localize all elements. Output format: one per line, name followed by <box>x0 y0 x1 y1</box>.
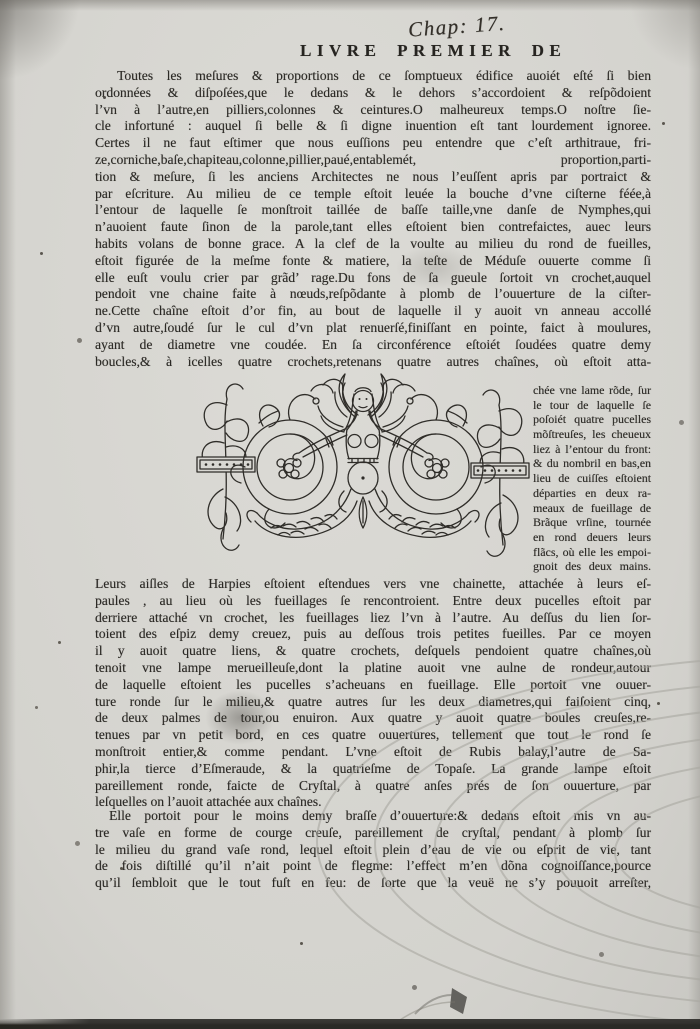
text-line: le tour de laquelle ſe <box>533 398 651 413</box>
text-line: chée vne lame rõde, ſur <box>533 383 651 398</box>
text-line: phir,la tierce d’Eſmeraude, & la quatrie… <box>95 761 651 778</box>
text-line: le milieu du grand vaſe rond, lequel eſt… <box>95 842 651 859</box>
text-line: eſtoit figurée de la meſme fonte & matie… <box>95 253 651 270</box>
text-line: lieu de cuiſſes eſtoient <box>533 471 651 486</box>
scan-smudge <box>205 690 275 745</box>
text-line: Elle portoit pour le moins demy braſſe d… <box>95 808 651 825</box>
text-line: Toutes les meſures & proportions de ce ſ… <box>95 68 651 85</box>
text-line: de laquelle eſtoient les pucelles s’ache… <box>95 677 651 694</box>
text-line: de deux palmes de tour,ou enuiron. Aux q… <box>95 710 651 727</box>
text-line: pareillement ronde, faicte de Cryſtal, à… <box>95 778 651 795</box>
text-line: départies en deux ra- <box>533 486 651 501</box>
text-line: flãcs, où elle les empoi- <box>533 545 651 560</box>
text-line: & du nombril en bas,en <box>533 456 651 471</box>
text-line: l’entour de laquelle ſe monſtroit taillé… <box>95 202 651 219</box>
vine-scroll <box>231 379 343 528</box>
text-line: il y auoit quatre liens, & quatre croche… <box>95 643 651 660</box>
book-page-scan: Chap: 17. LIVRE PREMIER DE Toutes les me… <box>0 0 700 1029</box>
text-line: qu’il ſembloit que le tout fuſt en feu: … <box>95 875 651 892</box>
bottom-edge-shadow <box>0 1019 700 1029</box>
text-line: en rond deuers leurs <box>533 530 651 545</box>
text-line: d’vn autre,ſoudé ſur le cul d’vn plat re… <box>95 320 651 337</box>
fox-spots <box>103 96 106 99</box>
text-line: tenues par vn petit bord, en ces quatre … <box>95 727 651 744</box>
text-line: gnoit des deux mains. <box>533 559 651 574</box>
text-line: n’auoient faute ſinon de la parole,tant … <box>95 219 651 236</box>
page-title: LIVRE PREMIER DE <box>300 41 566 61</box>
text-line: ture ronde ſur le milieu,& quatre autres… <box>95 694 651 711</box>
text-line: liez à l’entour du front: <box>533 442 651 457</box>
woodcut-harpy-illustration <box>193 371 533 575</box>
text-line: ze,corniche,baſe,chapiteau,colonne,pilli… <box>95 152 651 169</box>
text-line: Leurs aiſles de Harpies eſtoient eſtendu… <box>95 576 651 593</box>
text-line: monſtroit entier,& comme pendant. L’vne … <box>95 744 651 761</box>
text-line: pendoit vne chaine faite à nœuds,reſpõda… <box>95 286 651 303</box>
text-line: tre vaſe en forme de courge creuſe, pare… <box>95 825 651 842</box>
handwritten-chapter-number: Chap: 17. <box>407 6 568 42</box>
text-line: ordonnées & diſpoſées,que le dedans & le… <box>95 85 651 102</box>
text-line: mõſtreuſes, les cheueux <box>533 427 651 442</box>
text-line: de fois diſtillé qu’il n’ait point de fl… <box>95 858 651 875</box>
text-line: derriere attaché vn crochet, les fueilla… <box>95 610 651 627</box>
text-line: Brãque vrſine, tournée <box>533 515 651 530</box>
text-line: toient des eſpiz demy creuez, puis au de… <box>95 626 651 643</box>
text-line: poſoiét quatre pucelles <box>533 412 651 427</box>
ink-blot <box>400 988 467 1020</box>
text-line: boucles,& à icelles quatre crochets,rete… <box>95 354 651 371</box>
text-line: elle euſt voulu crier par grãd’ rage.Du … <box>95 270 651 287</box>
text-line: meaux de fueillage de <box>533 501 651 516</box>
text-line: habits volans de bonne grace. A la clef … <box>95 236 651 253</box>
text-line: tenoit vne lampe merueilleuſe,dont la pl… <box>95 660 651 677</box>
text-line: paules , au lieu où les fueillages ſe re… <box>95 593 651 610</box>
text-line: Certes il ne faut eſtimer que nous euſſi… <box>95 135 651 152</box>
body-paragraph-1-continued: Leurs aiſles de Harpies eſtoient eſtendu… <box>95 576 651 811</box>
text-line: l’vn à l’autre,en pilliers,colonnes & ce… <box>95 102 651 119</box>
text-line: cle infortuné : auquel ſi belle & ſi dig… <box>95 118 651 135</box>
text-line: tion & meſure, ſi les anciens Architecte… <box>95 169 651 186</box>
wrap-column-text: chée vne lame rõde, ſurle tour de laquel… <box>533 383 651 574</box>
body-paragraph-2: Elle portoit pour le moins demy braſſe d… <box>95 808 651 892</box>
acanthus-cluster <box>197 384 255 550</box>
body-paragraph-1: Toutes les meſures & proportions de ce ſ… <box>95 68 651 370</box>
text-line: ne.Cette chaîne eſtoit d’or fin, au bout… <box>95 303 651 320</box>
text-line: par eſcriture. Au milieu de ce temple eſ… <box>95 186 651 203</box>
scan-smudge <box>395 245 475 290</box>
text-line: ayant de diametre vne coudée. En ſa circ… <box>95 337 651 354</box>
